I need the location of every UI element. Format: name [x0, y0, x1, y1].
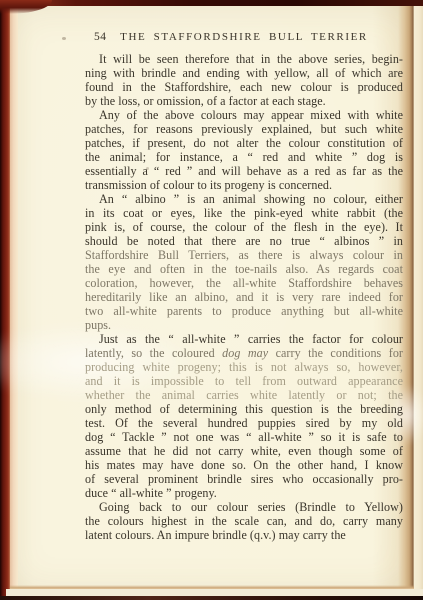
- text-line: his mates may have done so. On the other…: [85, 458, 403, 472]
- text-line: two all-white parents to produce anythin…: [85, 304, 403, 318]
- text-line: Going back to our colour series (Brindle…: [85, 500, 403, 514]
- book-cover-edge-bottom: [0, 596, 423, 600]
- text-line: found in the Staffordshire, each new col…: [85, 80, 403, 94]
- text-line: coloration, however, the all-white Staff…: [85, 276, 403, 290]
- text-line: in its coat or eyes, like the pink-eyed …: [85, 206, 403, 220]
- page-edges-strip-bottom: [6, 589, 423, 596]
- text-line: the colours highest in the scale can, an…: [85, 514, 403, 528]
- text-line: pups.: [85, 318, 403, 332]
- text-line: by the loss, or omission, of a factor at…: [85, 94, 403, 108]
- text-line: Just as the “ all-white ” carries the fa…: [85, 332, 403, 346]
- page-edges-strip-left: [10, 0, 18, 600]
- text-line: An “ albino ” is an animal showing no co…: [85, 192, 403, 206]
- page-lines: It will be seen therefore that in the ab…: [85, 52, 403, 542]
- text-line: patches, if present, do not alter the co…: [85, 136, 403, 150]
- text-line: only method of determining this question…: [85, 402, 403, 416]
- page-header: 54 THE STAFFORDSHIRE BULL TERRIER: [85, 31, 403, 45]
- text-line: transmission of colour to its progeny is…: [85, 178, 403, 192]
- text-line: It will be seen therefore that in the ab…: [85, 52, 403, 66]
- book-cover-edge-left: [0, 0, 10, 600]
- text-line: dog “ Tackle ” not one was “ all-white ”…: [85, 430, 403, 444]
- text-line: whether the animal carries white latentl…: [85, 388, 403, 402]
- text-line: latent colours. An impure brindle (q.v.)…: [85, 528, 403, 542]
- text-line: ning with brindle and ending with yellow…: [85, 66, 403, 80]
- text-line: patches, for reasons previously explaine…: [85, 122, 403, 136]
- text-line: and it is impossible to tell from outwar…: [85, 374, 403, 388]
- text-line: assume that he did not carry white, even…: [85, 444, 403, 458]
- scanned-book-photo: 54 THE STAFFORDSHIRE BULL TERRIER It wil…: [0, 0, 423, 600]
- text-line: Any of the above colours may appear mixe…: [85, 108, 403, 122]
- text-line: hereditarily like an albino, and it is v…: [85, 290, 403, 304]
- text-line: the animal; for instance, a “ red and wh…: [85, 150, 403, 164]
- text-line: duce “ all-white ” progeny.: [85, 486, 403, 500]
- text-line: producing white progeny; this is not alw…: [85, 360, 403, 374]
- text-line: Staffordshire Bull Terriers, as there is…: [85, 248, 403, 262]
- text-line: essentially a “ red ” and will behave as…: [85, 164, 403, 178]
- text-line: test. Of the several hundred puppies sir…: [85, 416, 403, 430]
- book-cover-edge-top: [0, 0, 423, 6]
- text-line: of several prominent brindle sires who o…: [85, 472, 403, 486]
- text-line: latently, so the coloured dog may carry …: [85, 346, 403, 360]
- text-line: the eye and often in the toe-nails also.…: [85, 262, 403, 276]
- dust-speck: [62, 37, 66, 40]
- text-line: should be noted that there are no true “…: [85, 234, 403, 248]
- running-title: THE STAFFORDSHIRE BULL TERRIER: [85, 31, 403, 43]
- page-edge-right: [414, 0, 423, 600]
- text-line: pink is, of course, the colour of the fl…: [85, 220, 403, 234]
